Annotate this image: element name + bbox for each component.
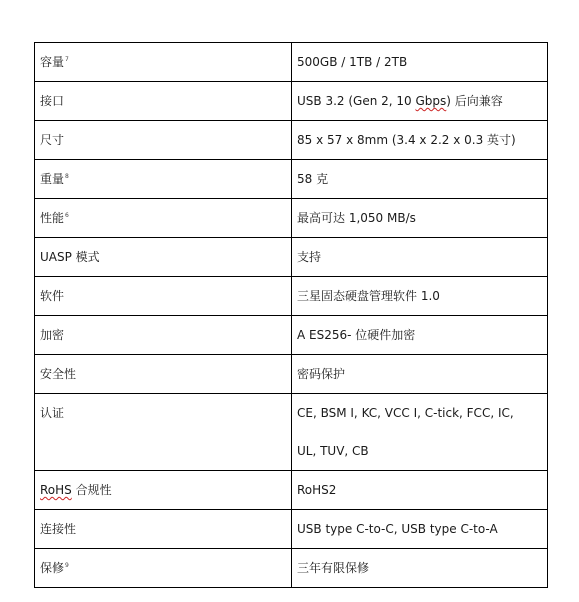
table-row-connectivity: 连接性 USB type C-to-C, USB type C-to-A <box>35 510 548 549</box>
table-row-certification: 认证 CE, BSM I, KC, VCC I, C-tick, FCC, IC… <box>35 394 548 471</box>
row-label: 保修 <box>40 561 64 575</box>
row-value-part: ) 后向兼容 <box>446 94 503 108</box>
specifications-table: 容量7 500GB / 1TB / 2TB 接口 USB 3.2 (Gen 2,… <box>34 42 548 588</box>
value-cell: 85 x 57 x 8mm (3.4 x 2.2 x 0.3 英寸) <box>292 121 548 160</box>
value-cell: 58 克 <box>292 160 548 199</box>
label-cell: UASP 模式 <box>35 238 292 277</box>
table-row-warranty: 保修9 三年有限保修 <box>35 549 548 588</box>
row-value: RoHS2 <box>297 483 336 497</box>
table-row-interface: 接口 USB 3.2 (Gen 2, 10 Gbps) 后向兼容 <box>35 82 548 121</box>
label-cell: 容量7 <box>35 43 292 82</box>
label-cell: 保修9 <box>35 549 292 588</box>
value-cell: 三年有限保修 <box>292 549 548 588</box>
row-value-part: USB 3.2 (Gen 2, 10 <box>297 94 415 108</box>
row-label: 性能 <box>40 211 64 225</box>
footnote-marker: 9 <box>65 562 69 569</box>
table-row-rohs-compliance: RoHS 合规性 RoHS2 <box>35 471 548 510</box>
row-value: 58 克 <box>297 172 328 186</box>
table-row-security: 安全性 密码保护 <box>35 355 548 394</box>
row-label: 接口 <box>40 94 64 108</box>
row-label: 尺寸 <box>40 133 64 147</box>
value-cell: 支持 <box>292 238 548 277</box>
row-value: 支持 <box>297 250 321 264</box>
label-cell: 尺寸 <box>35 121 292 160</box>
table-row-dimensions: 尺寸 85 x 57 x 8mm (3.4 x 2.2 x 0.3 英寸) <box>35 121 548 160</box>
row-label: 合规性 <box>72 483 112 497</box>
label-cell: 认证 <box>35 394 292 471</box>
footnote-marker: 6 <box>65 212 69 219</box>
row-value: USB type C-to-C, USB type C-to-A <box>297 522 498 536</box>
label-cell: RoHS 合规性 <box>35 471 292 510</box>
row-value: 三年有限保修 <box>297 561 369 575</box>
row-label: 软件 <box>40 289 64 303</box>
value-cell: A ES256- 位硬件加密 <box>292 316 548 355</box>
row-label: 重量 <box>40 172 64 186</box>
row-value-line: UL, TUV, CB <box>297 432 547 470</box>
table-row-performance: 性能6 最高可达 1,050 MB/s <box>35 199 548 238</box>
table-row-weight: 重量8 58 克 <box>35 160 548 199</box>
table-row-uasp-mode: UASP 模式 支持 <box>35 238 548 277</box>
footnote-marker: 8 <box>65 173 69 180</box>
label-cell: 安全性 <box>35 355 292 394</box>
table-row-capacity: 容量7 500GB / 1TB / 2TB <box>35 43 548 82</box>
row-value: 密码保护 <box>297 367 345 381</box>
row-label: 加密 <box>40 328 64 342</box>
value-cell: RoHS2 <box>292 471 548 510</box>
row-label: 容量 <box>40 55 64 69</box>
label-cell: 性能6 <box>35 199 292 238</box>
row-label: 连接性 <box>40 522 76 536</box>
value-cell: 三星固态硬盘管理软件 1.0 <box>292 277 548 316</box>
value-cell: USB 3.2 (Gen 2, 10 Gbps) 后向兼容 <box>292 82 548 121</box>
row-value: 最高可达 1,050 MB/s <box>297 211 416 225</box>
spellcheck-underlined-word: RoHS <box>40 483 72 497</box>
row-value: 85 x 57 x 8mm (3.4 x 2.2 x 0.3 英寸) <box>297 133 516 147</box>
value-cell: CE, BSM I, KC, VCC I, C-tick, FCC, IC, U… <box>292 394 548 471</box>
value-cell: 密码保护 <box>292 355 548 394</box>
label-cell: 接口 <box>35 82 292 121</box>
row-value: A ES256- 位硬件加密 <box>297 328 415 342</box>
row-value: 三星固态硬盘管理软件 1.0 <box>297 289 440 303</box>
row-value-line: CE, BSM I, KC, VCC I, C-tick, FCC, IC, <box>297 394 547 432</box>
value-cell: USB type C-to-C, USB type C-to-A <box>292 510 548 549</box>
table-row-encryption: 加密 A ES256- 位硬件加密 <box>35 316 548 355</box>
row-label: 安全性 <box>40 367 76 381</box>
row-label: 认证 <box>40 406 64 420</box>
value-cell: 最高可达 1,050 MB/s <box>292 199 548 238</box>
row-label: UASP 模式 <box>40 250 100 264</box>
value-cell: 500GB / 1TB / 2TB <box>292 43 548 82</box>
label-cell: 加密 <box>35 316 292 355</box>
label-cell: 连接性 <box>35 510 292 549</box>
footnote-marker: 7 <box>65 56 69 63</box>
table-row-software: 软件 三星固态硬盘管理软件 1.0 <box>35 277 548 316</box>
row-value: 500GB / 1TB / 2TB <box>297 55 407 69</box>
label-cell: 软件 <box>35 277 292 316</box>
label-cell: 重量8 <box>35 160 292 199</box>
spellcheck-underlined-word: Gbps <box>415 94 446 108</box>
